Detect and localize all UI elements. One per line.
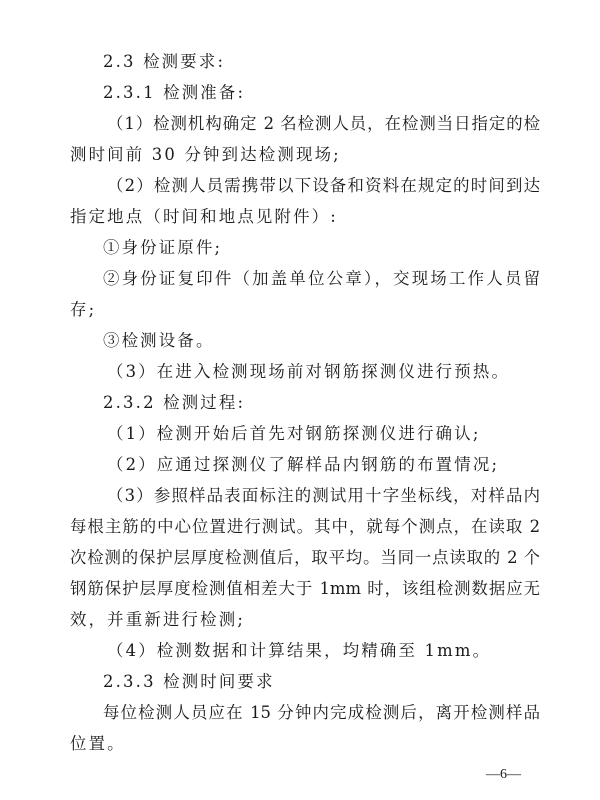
page-number: —6— [486, 767, 521, 783]
paragraph-line: 每位检测人员应在 15 分钟内完成检测后，离开检测样品 [103, 703, 540, 723]
subsection-heading-2-3-2: 2.3.2 检测过程: [103, 393, 540, 413]
paragraph-line: 位置。 [70, 734, 540, 754]
paragraph-line: （2）应通过探测仪了解样品内钢筋的布置情况; [107, 455, 540, 475]
paragraph-line: （2）检测人员需携带以下设备和资料在规定的时间到达 [107, 176, 540, 196]
paragraph-line: 测时间前 30 分钟到达检测现场; [70, 145, 540, 165]
paragraph-line: （1）检测机构确定 2 名检测人员，在检测当日指定的检 [107, 114, 540, 134]
paragraph-line: 每根主筋的中心位置进行测试。其中，就每个测点，在读取 2 [70, 517, 540, 537]
paragraph-line: （3）在进入检测现场前对钢筋探测仪进行预热。 [107, 362, 540, 382]
list-item-id-copy: ②身份证复印件（加盖单位公章），交现场工作人员留 [103, 269, 540, 289]
paragraph-line: （1）检测开始后首先对钢筋探测仪进行确认; [107, 424, 540, 444]
paragraph-line: 存; [70, 300, 540, 320]
paragraph-line: 钢筋保护层厚度检测值相差大于 1mm 时，该组检测数据应无 [70, 579, 540, 599]
list-item-id-original: ①身份证原件; [103, 238, 540, 258]
paragraph-line: 效，并重新进行检测; [70, 610, 540, 630]
list-item-equipment: ③检测设备。 [103, 331, 540, 351]
subsection-heading-2-3-1: 2.3.1 检测准备: [103, 83, 540, 103]
paragraph-line: （4）检测数据和计算结果，均精确至 1mm。 [107, 641, 540, 661]
paragraph-line: 指定地点（时间和地点见附件）: [70, 207, 540, 227]
paragraph-line: （3）参照样品表面标注的测试用十字坐标线，对样品内 [107, 486, 540, 506]
document-page: 2.3 检测要求: 2.3.1 检测准备: （1）检测机构确定 2 名检测人员，… [0, 0, 600, 800]
paragraph-line: 次检测的保护层厚度检测值后，取平均。当同一点读取的 2 个 [70, 548, 540, 568]
subsection-heading-2-3-3: 2.3.3 检测时间要求 [103, 672, 540, 692]
section-heading-2-3: 2.3 检测要求: [103, 52, 540, 72]
